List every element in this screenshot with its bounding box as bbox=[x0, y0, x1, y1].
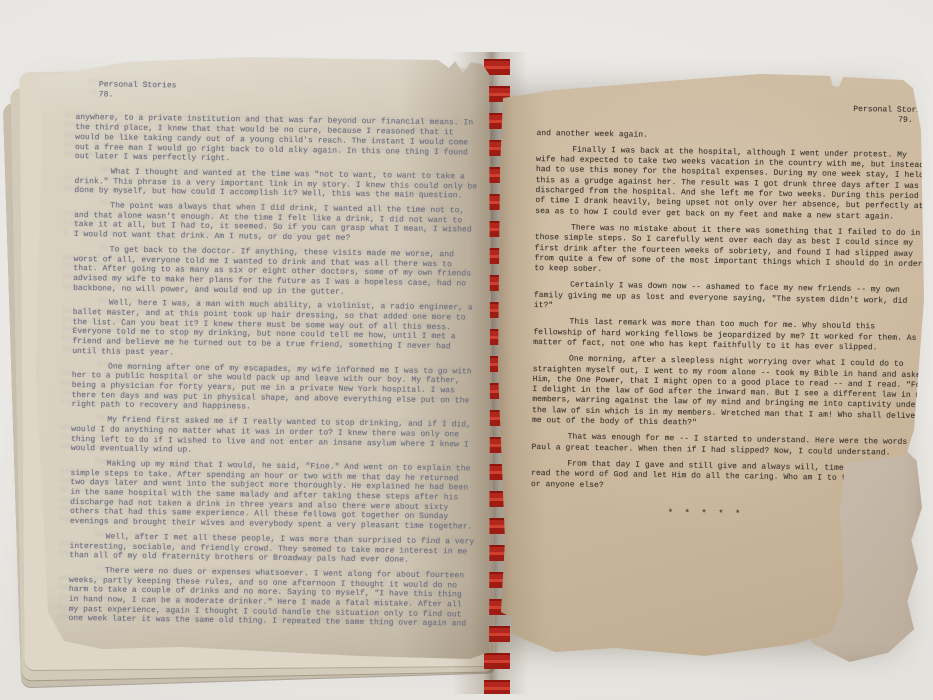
typewritten-paragraph: Finally I was back at the hospital, alth… bbox=[535, 145, 930, 223]
typewritten-paragraph: To get back to the doctor. If anything, … bbox=[73, 245, 479, 299]
typewritten-paragraph: What I thought and wanted at the time wa… bbox=[74, 167, 479, 202]
typewritten-paragraph: The point was always that when I did dri… bbox=[74, 201, 480, 245]
typewritten-paragraph: One morning, after a sleepless night wor… bbox=[532, 354, 927, 432]
left-page-text: Personal Stories 78. anywhere, to a priv… bbox=[68, 80, 481, 635]
typewritten-paragraph: anywhere, to a private institution and t… bbox=[75, 113, 481, 167]
typewritten-paragraph: There was no mistake about it there was … bbox=[534, 223, 929, 281]
typewritten-paragraph: Making up my mind that I would, he said,… bbox=[70, 459, 476, 533]
typewritten-paragraph: That was enough for me -- I started to u… bbox=[531, 432, 925, 459]
right-page-text: Personal Stories 79. and another week ag… bbox=[530, 100, 930, 522]
typewritten-paragraph: Well, here I was, a man with much abilit… bbox=[72, 298, 478, 362]
left-page-78: Personal Stories 78. anywhere, to a priv… bbox=[30, 52, 492, 670]
typewritten-paragraph: This last remark was more than too much … bbox=[533, 317, 927, 354]
typewritten-paragraph: My friend first asked me if I really wan… bbox=[71, 415, 477, 459]
typewritten-paragraph: One morning after one of my escapades, m… bbox=[71, 362, 477, 416]
typewritten-paragraph: Well, after I met all these people, I wa… bbox=[69, 532, 474, 567]
left-page-body: anywhere, to a private institution and t… bbox=[68, 113, 480, 629]
right-page-header: Personal Stories 79. bbox=[537, 100, 931, 127]
asterisk-separator: * * * * * bbox=[530, 506, 880, 522]
typewritten-paragraph: There were no dues or expenses whatsoeve… bbox=[68, 566, 474, 630]
right-page-body: and another week again.Finally I was bac… bbox=[531, 129, 931, 496]
typewritten-paragraph: Certainly I was down now -- ashamed to f… bbox=[534, 280, 928, 317]
left-page-header: Personal Stories 78. bbox=[99, 80, 481, 105]
photo-background: Personal Stories 78. anywhere, to a priv… bbox=[0, 0, 933, 700]
typewritten-paragraph: and another week again. bbox=[536, 129, 930, 145]
